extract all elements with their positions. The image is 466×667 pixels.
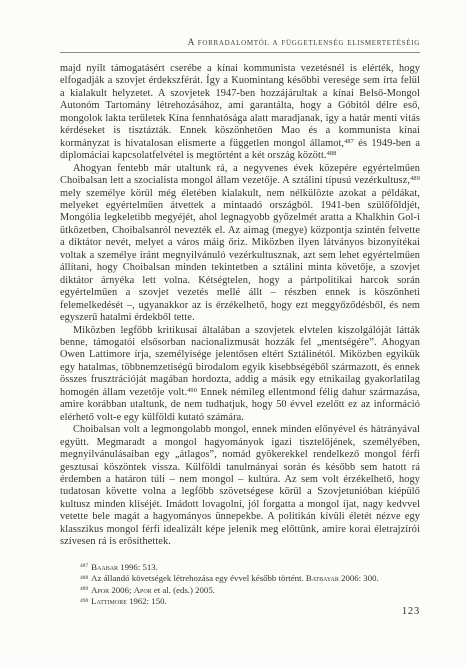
text-run: Apor bbox=[134, 585, 152, 595]
text-run: 2006: 300. bbox=[339, 573, 379, 583]
text-run: Baabar bbox=[91, 562, 118, 572]
text-block: A forradalomtól a függetlenség elismerte… bbox=[60, 38, 420, 608]
body-text: majd nyílt támogatásért cserébe a kínai … bbox=[60, 63, 420, 549]
footnote-number: 489 bbox=[80, 586, 88, 592]
footnote-ref: 487 bbox=[344, 138, 354, 145]
text-run: et al. (eds.) 2005. bbox=[152, 585, 215, 595]
text-run: 1962: 150. bbox=[127, 596, 167, 606]
footnote-number: 490 bbox=[80, 598, 88, 604]
footnote: 488Az állandó követségek létrehozása egy… bbox=[60, 573, 420, 585]
text-run: Lattimore bbox=[91, 596, 127, 606]
text-run: majd nyílt támogatásért cserébe a kínai … bbox=[60, 63, 420, 149]
book-page: A forradalomtól a függetlenség elismerte… bbox=[0, 0, 466, 667]
footnote-ref: 489 bbox=[410, 175, 420, 182]
text-run: mely személye körül még életében kialaku… bbox=[60, 188, 420, 324]
footnote: 487Baabar 1996: 513. bbox=[60, 562, 420, 574]
text-run: Choibalsan volt a legmongolabb mongol, e… bbox=[60, 424, 420, 547]
paragraph: Ahogyan fentebb már utaltunk rá, a negyv… bbox=[60, 163, 420, 325]
text-run: Ahogyan fentebb már utaltunk rá, a negyv… bbox=[60, 163, 420, 186]
footnote: 489Apor 2006; Apor et al. (eds.) 2005. bbox=[60, 585, 420, 597]
footnote-number: 487 bbox=[80, 563, 88, 569]
page-number: 123 bbox=[60, 606, 420, 617]
text-run: 2006; bbox=[109, 585, 133, 595]
footnote-ref: 490 bbox=[187, 387, 197, 394]
paragraph: Miközben legfőbb kritikusai általában a … bbox=[60, 325, 420, 425]
text-run: Batbayar bbox=[306, 573, 339, 583]
running-header: A forradalomtól a függetlenség elismerte… bbox=[60, 38, 420, 53]
paragraph: majd nyílt támogatásért cserébe a kínai … bbox=[60, 63, 420, 163]
paragraph: Choibalsan volt a legmongolabb mongol, e… bbox=[60, 424, 420, 549]
footnote-ref: 488 bbox=[327, 150, 337, 157]
footnotes-block: 487Baabar 1996: 513.488Az állandó követs… bbox=[60, 562, 420, 608]
text-run: Az állandó követségek létrehozása egy év… bbox=[91, 573, 306, 583]
footnote-number: 488 bbox=[80, 575, 88, 581]
text-run: Apor bbox=[91, 585, 109, 595]
running-header-text: A forradalomtól a függetlenség elismerte… bbox=[188, 38, 420, 48]
text-run: 1996: 513. bbox=[118, 562, 158, 572]
